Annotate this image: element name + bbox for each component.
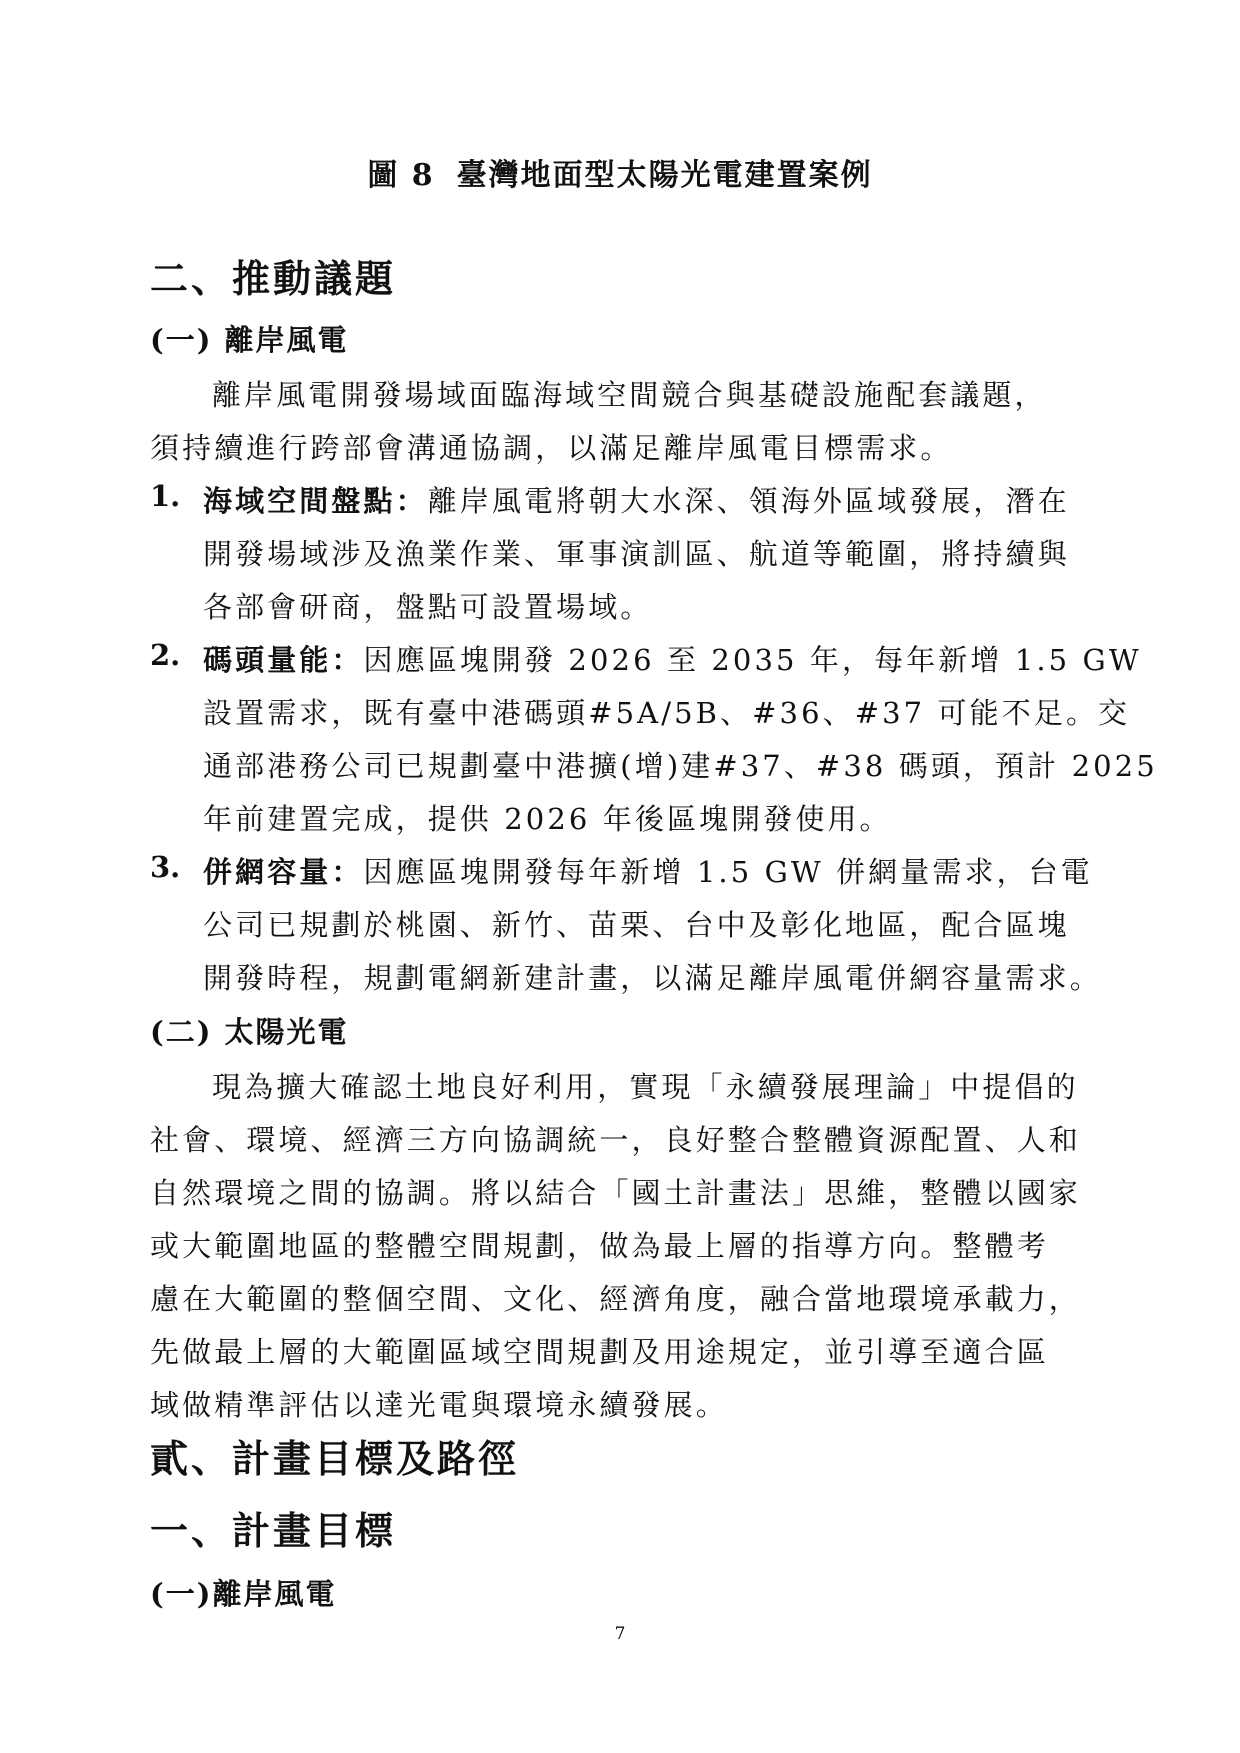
paragraph-line: 先做最上層的大範圍區域空間規劃及用途規定，並引導至適合區 [150, 1330, 1049, 1371]
figure-number: 圖 8 [367, 158, 434, 193]
list-item-line: 碼頭量能：因應區塊開發 2026 至 2035 年，每年新增 1.5 GW [203, 638, 1142, 679]
paragraph-line: 須持續進行跨部會溝通協調，以滿足離岸風電目標需求。 [150, 426, 953, 467]
list-item-number: 1. [150, 479, 180, 513]
paragraph-line: 或大範圍地區的整體空間規劃，做為最上層的指導方向。整體考 [150, 1224, 1049, 1265]
list-item-line: 各部會研商，盤點可設置場域。 [203, 585, 652, 626]
paragraph-line: 社會、環境、經濟三方向協調統一，良好整合整體資源配置、人和 [150, 1118, 1081, 1159]
list-item-line: 公司已規劃於桃園、新竹、苗栗、台中及彰化地區，配合區塊 [203, 903, 1070, 944]
paragraph-line: 現為擴大確認土地良好利用，實現「永續發展理論」中提倡的 [212, 1065, 1079, 1106]
subsection-heading-offshore-wind: (一) 離岸風電 [150, 318, 349, 359]
page-number: 7 [0, 1624, 1240, 1644]
paragraph-line: 離岸風電開發場域面臨海域空間競合與基礎設施配套議題， [212, 373, 1047, 414]
document-page: 圖 8臺灣地面型太陽光電建置案例 二、推動議題 (一) 離岸風電 離岸風電開發場… [0, 0, 1240, 1753]
list-item-title: 碼頭量能： [203, 643, 364, 677]
section-heading-issues: 二、推動議題 [150, 248, 396, 303]
list-item-number: 3. [150, 850, 180, 884]
paragraph-line: 自然環境之間的協調。將以結合「國土計畫法」思維，整體以國家 [150, 1171, 1081, 1212]
list-item-title: 海域空間盤點： [203, 484, 428, 518]
chapter-heading-goals: 貳、計畫目標及路徑 [150, 1428, 519, 1483]
subsection-heading-offshore-wind-goal: (一)離岸風電 [150, 1572, 336, 1613]
paragraph-line: 慮在大範圍的整個空間、文化、經濟角度，融合當地環境承載力， [150, 1277, 1081, 1318]
list-item-text: 因應區塊開發每年新增 1.5 GW 併網量需求，台電 [364, 855, 1093, 889]
list-item-line: 通部港務公司已規劃臺中港擴(增)建#37、#38 碼頭，預計 2025 [203, 744, 1158, 785]
figure-caption: 圖 8臺灣地面型太陽光電建置案例 [0, 150, 1240, 194]
list-item-line: 開發時程，規劃電網新建計畫，以滿足離岸風電併網容量需求。 [203, 956, 1102, 997]
list-item-line: 開發場域涉及漁業作業、軍事演訓區、航道等範圍，將持續與 [203, 532, 1070, 573]
list-item-number: 2. [150, 638, 180, 672]
list-item-line: 年前建置完成，提供 2026 年後區塊開發使用。 [203, 797, 892, 838]
list-item-line: 海域空間盤點：離岸風電將朝大水深、領海外區域發展，潛在 [203, 479, 1070, 520]
paragraph-line: 域做精準評估以達光電與環境永續發展。 [150, 1383, 728, 1424]
section-heading-goals: 一、計畫目標 [150, 1500, 396, 1555]
list-item-line: 併網容量：因應區塊開發每年新增 1.5 GW 併網量需求，台電 [203, 850, 1093, 891]
list-item-line: 設置需求，既有臺中港碼頭#5A/5B、#36、#37 可能不足。交 [203, 691, 1130, 732]
subsection-heading-solar: (二) 太陽光電 [150, 1010, 349, 1051]
list-item-title: 併網容量： [203, 855, 364, 889]
list-item-text: 因應區塊開發 2026 至 2035 年，每年新增 1.5 GW [364, 643, 1142, 677]
list-item-text: 離岸風電將朝大水深、領海外區域發展，潛在 [428, 484, 1070, 518]
figure-title: 臺灣地面型太陽光電建置案例 [457, 158, 873, 193]
